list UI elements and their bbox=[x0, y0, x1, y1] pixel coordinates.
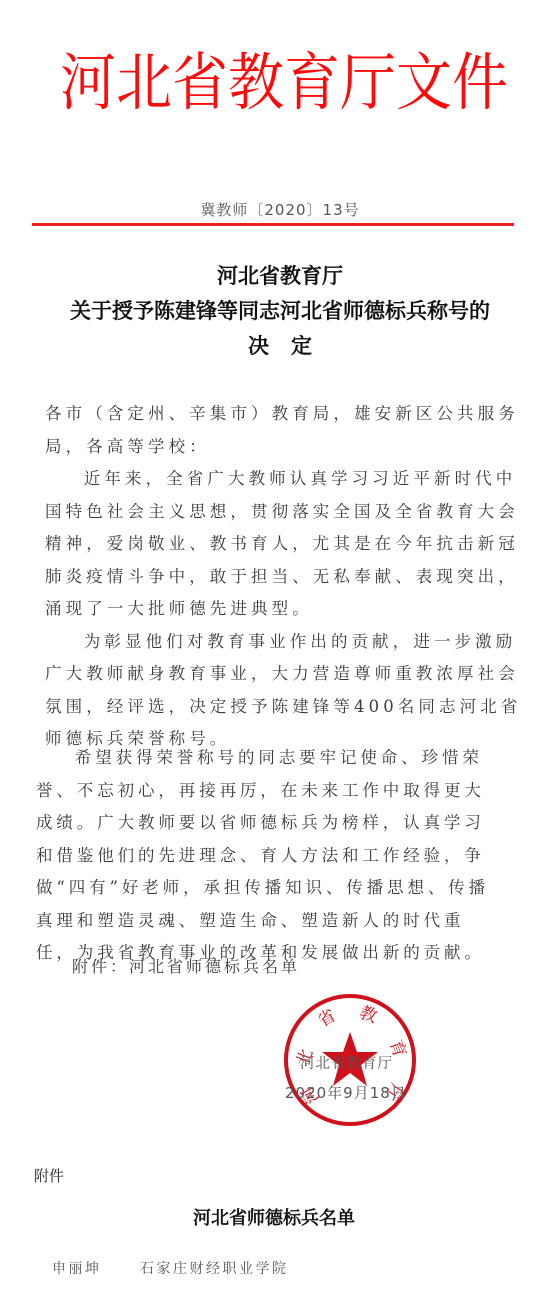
honoree-name: 申丽坤 bbox=[52, 1258, 140, 1278]
document-title: 河北省教育厅 关于授予陈建锋等同志河北省师德标兵称号的 决定 bbox=[0, 258, 560, 363]
attachment-note: 附件：河北省师德标兵名单 bbox=[72, 954, 300, 977]
svg-text:省: 省 bbox=[315, 1006, 340, 1032]
title-line-type: 决定 bbox=[0, 328, 560, 363]
list-item: 申丽坤 石家庄财经职业学院 bbox=[52, 1258, 289, 1278]
annex-label: 附件 bbox=[34, 1165, 64, 1186]
closing-paragraph: 希望获得荣誉称号的同志要牢记使命、珍惜荣誉、不忘初心，再接再厉，在未来工作中取得… bbox=[36, 742, 504, 970]
signature-organization: 河北省教育厅 bbox=[300, 1052, 393, 1073]
letterhead-char: 北 bbox=[116, 48, 172, 120]
letterhead-char: 育 bbox=[284, 48, 340, 120]
letterhead-char: 省 bbox=[172, 48, 228, 120]
annex-title: 河北省师德标兵名单 bbox=[0, 1204, 548, 1230]
letterhead-char: 文 bbox=[396, 48, 452, 120]
letterhead-char: 河 bbox=[60, 48, 116, 120]
honoree-unit: 石家庄财经职业学院 bbox=[140, 1258, 289, 1278]
letterhead-char: 教 bbox=[228, 48, 284, 120]
signature-date: 2020年9月18日 bbox=[285, 1082, 407, 1103]
letterhead-char: 件 bbox=[452, 48, 508, 120]
body-paragraph: 近年来，全省广大教师认真学习习近平新时代中国特色社会主义思想，贯彻落实全国及全省… bbox=[45, 463, 527, 626]
closing-section: 希望获得荣誉称号的同志要牢记使命、珍惜荣誉、不忘初心，再接再厉，在未来工作中取得… bbox=[36, 742, 504, 970]
body-paragraph: 为彰显他们对教育事业作出的贡献，进一步激励广大教师献身教育事业，大力营造尊师重教… bbox=[45, 626, 527, 756]
document-body: 各市（含定州、辛集市）教育局，雄安新区公共服务局，各高等学校： 近年来，全省广大… bbox=[45, 398, 527, 756]
letterhead-title: 河 北 省 教 育 厅 文 件 bbox=[60, 48, 480, 120]
title-line-issuer: 河北省教育厅 bbox=[0, 258, 560, 293]
addressee: 各市（含定州、辛集市）教育局，雄安新区公共服务局，各高等学校： bbox=[45, 398, 527, 463]
red-divider bbox=[32, 223, 514, 226]
svg-text:教: 教 bbox=[357, 1003, 380, 1028]
document-number: 冀教师〔2020〕13号 bbox=[0, 199, 560, 220]
title-line-subject: 关于授予陈建锋等同志河北省师德标兵称号的 bbox=[0, 293, 560, 328]
letterhead-char: 厅 bbox=[340, 48, 396, 120]
